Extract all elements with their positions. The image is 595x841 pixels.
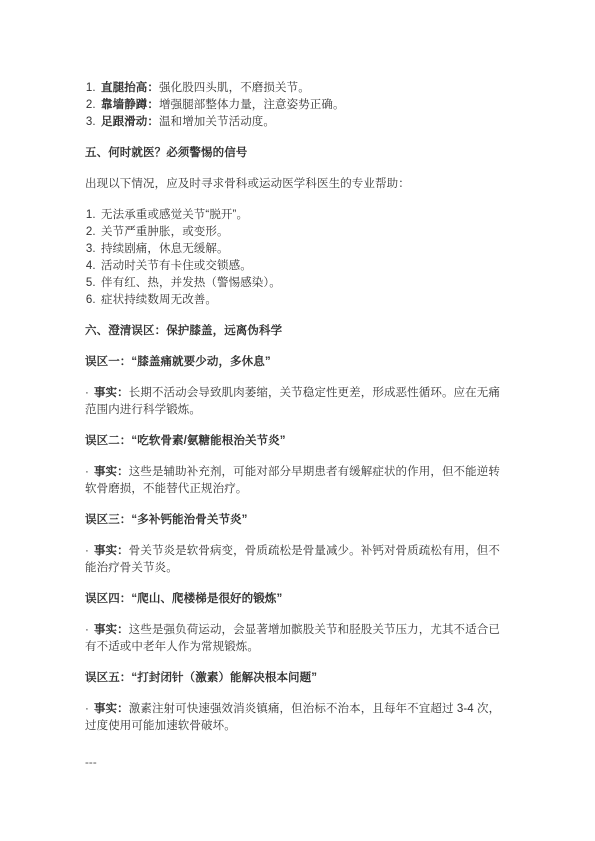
exercise-list: 直腿抬高：强化股四头肌，不磨损关节。 靠墙静蹲：增强腿部整体力量，注意姿势正确。… (85, 80, 511, 131)
list-item: 伴有红、热，并发热（警惕感染）。 (99, 275, 511, 292)
myth-title-5: 误区五：“打封闭针（激素）能解决根本问题” (85, 670, 511, 687)
list-item: 直腿抬高：强化股四头肌，不磨损关节。 (99, 80, 511, 97)
fact-label: 事实： (94, 387, 129, 399)
bullet-icon: · (85, 701, 89, 718)
exercise-label: 靠墙静蹲： (101, 99, 159, 111)
section-heading-myths: 六、澄清误区：保护膝盖，远离伪科学 (85, 323, 511, 340)
fact-label: 事实： (94, 466, 129, 478)
bullet-icon: · (85, 543, 89, 560)
myth-fact-1: ·事实：长期不活动会导致肌肉萎缩，关节稳定性更差，形成恶性循环。应在无痛范围内进… (85, 385, 511, 419)
document-page: 直腿抬高：强化股四头肌，不磨损关节。 靠墙静蹲：增强腿部整体力量，注意姿势正确。… (0, 0, 595, 841)
list-item: 无法承重或感觉关节“脱开”。 (99, 207, 511, 224)
list-item: 足跟滑动：温和增加关节活动度。 (99, 114, 511, 131)
fact-text: 这些是辅助补充剂，可能对部分早期患者有缓解症状的作用，但不能逆转软骨磨损，不能替… (85, 466, 500, 495)
myth-fact-2: ·事实：这些是辅助补充剂，可能对部分早期患者有缓解症状的作用，但不能逆转软骨磨损… (85, 464, 511, 498)
document-content: 直腿抬高：强化股四头肌，不磨损关节。 靠墙静蹲：增强腿部整体力量，注意姿势正确。… (85, 80, 511, 772)
myth-fact-3: ·事实：骨关节炎是软骨病变，骨质疏松是骨量减少。补钙对骨质疏松有用，但不能治疗骨… (85, 543, 511, 577)
bullet-icon: · (85, 385, 89, 402)
list-item: 持续剧痛，休息无缓解。 (99, 241, 511, 258)
exercise-text: 温和增加关节活动度。 (159, 116, 275, 128)
list-item: 症状持续数周无改善。 (99, 292, 511, 309)
fact-text: 长期不活动会导致肌肉萎缩，关节稳定性更差，形成恶性循环。应在无痛范围内进行科学锻… (85, 387, 500, 416)
fact-text: 这些是强负荷运动，会显著增加髌股关节和胫股关节压力，尤其不适合已有不适或中老年人… (85, 624, 500, 653)
bullet-icon: · (85, 464, 89, 481)
list-item: 靠墙静蹲：增强腿部整体力量，注意姿势正确。 (99, 97, 511, 114)
exercise-text: 增强腿部整体力量，注意姿势正确。 (159, 99, 345, 111)
myth-title-4: 误区四：“爬山、爬楼梯是很好的锻炼” (85, 591, 511, 608)
myth-title-2: 误区二：“吃软骨素/氨糖能根治关节炎” (85, 433, 511, 450)
myth-title-1: 误区一：“膝盖痛就要少动，多休息” (85, 354, 511, 371)
myth-fact-4: ·事实：这些是强负荷运动，会显著增加髌股关节和胫股关节压力，尤其不适合已有不适或… (85, 622, 511, 656)
section-intro: 出现以下情况，应及时寻求骨科或运动医学科医生的专业帮助： (85, 176, 511, 193)
section-heading-when-to-see-doctor: 五、何时就医？必须警惕的信号 (85, 145, 511, 162)
fact-label: 事实： (94, 624, 129, 636)
horizontal-rule-text: --- (85, 755, 511, 772)
fact-text: 骨关节炎是软骨病变，骨质疏松是骨量减少。补钙对骨质疏松有用，但不能治疗骨关节炎。 (85, 545, 500, 574)
exercise-text: 强化股四头肌，不磨损关节。 (159, 82, 310, 94)
exercise-label: 足跟滑动： (101, 116, 159, 128)
list-item: 关节严重肿胀，或变形。 (99, 224, 511, 241)
warning-signal-list: 无法承重或感觉关节“脱开”。 关节严重肿胀，或变形。 持续剧痛，休息无缓解。 活… (85, 207, 511, 309)
bullet-icon: · (85, 622, 89, 639)
list-item: 活动时关节有卡住或交锁感。 (99, 258, 511, 275)
exercise-label: 直腿抬高： (101, 82, 159, 94)
fact-text: 激素注射可快速强效消炎镇痛，但治标不治本，且每年不宜超过 3-4 次，过度使用可… (85, 703, 500, 732)
fact-label: 事实： (94, 703, 129, 715)
myth-title-3: 误区三：“多补钙能治骨关节炎” (85, 512, 511, 529)
myth-fact-5: ·事实：激素注射可快速强效消炎镇痛，但治标不治本，且每年不宜超过 3-4 次，过… (85, 701, 511, 735)
fact-label: 事实： (94, 545, 129, 557)
